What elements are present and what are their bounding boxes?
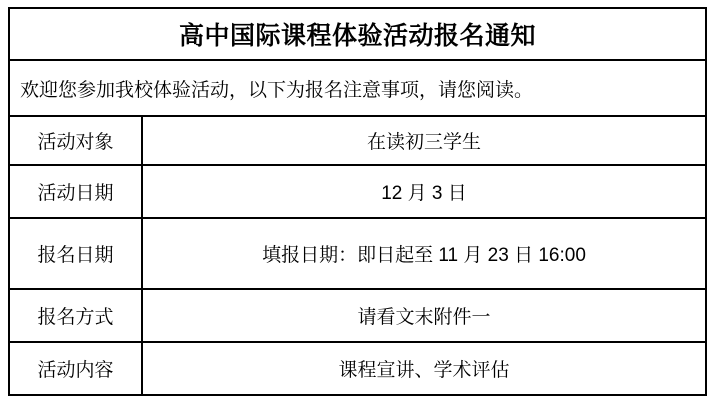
row-value: 课程宣讲、学术评估	[143, 355, 705, 382]
notice-intro-text: 欢迎您参加我校体验活动，以下为报名注意事项，请您阅读。	[20, 75, 533, 102]
table-row-activity-content: 活动内容 课程宣讲、学术评估	[10, 341, 705, 394]
row-label: 报名方式	[10, 290, 143, 341]
notice-table: 高中国际课程体验活动报名通知 欢迎您参加我校体验活动，以下为报名注意事项，请您阅…	[8, 7, 707, 396]
notice-title: 高中国际课程体验活动报名通知	[179, 16, 536, 52]
row-label: 报名日期	[10, 219, 143, 288]
row-label: 活动内容	[10, 343, 143, 394]
table-row-registration-method: 报名方式 请看文末附件一	[10, 288, 705, 341]
table-row-registration-date: 报名日期 填报日期：即日起至 11 月 23 日 16:00	[10, 217, 705, 288]
row-value: 12 月 3 日	[143, 178, 705, 205]
row-label: 活动对象	[10, 117, 143, 164]
table-row-activity-date: 活动日期 12 月 3 日	[10, 164, 705, 217]
row-value: 填报日期：即日起至 11 月 23 日 16:00	[143, 240, 705, 267]
row-value: 在读初三学生	[143, 127, 705, 154]
notice-intro-row: 欢迎您参加我校体验活动，以下为报名注意事项，请您阅读。	[10, 59, 705, 115]
row-label: 活动日期	[10, 166, 143, 217]
page: { "colors": { "background": "#ffffff", "…	[0, 0, 715, 402]
row-value: 请看文末附件一	[143, 302, 705, 329]
table-row-activity-target: 活动对象 在读初三学生	[10, 115, 705, 164]
notice-title-row: 高中国际课程体验活动报名通知	[10, 9, 705, 59]
